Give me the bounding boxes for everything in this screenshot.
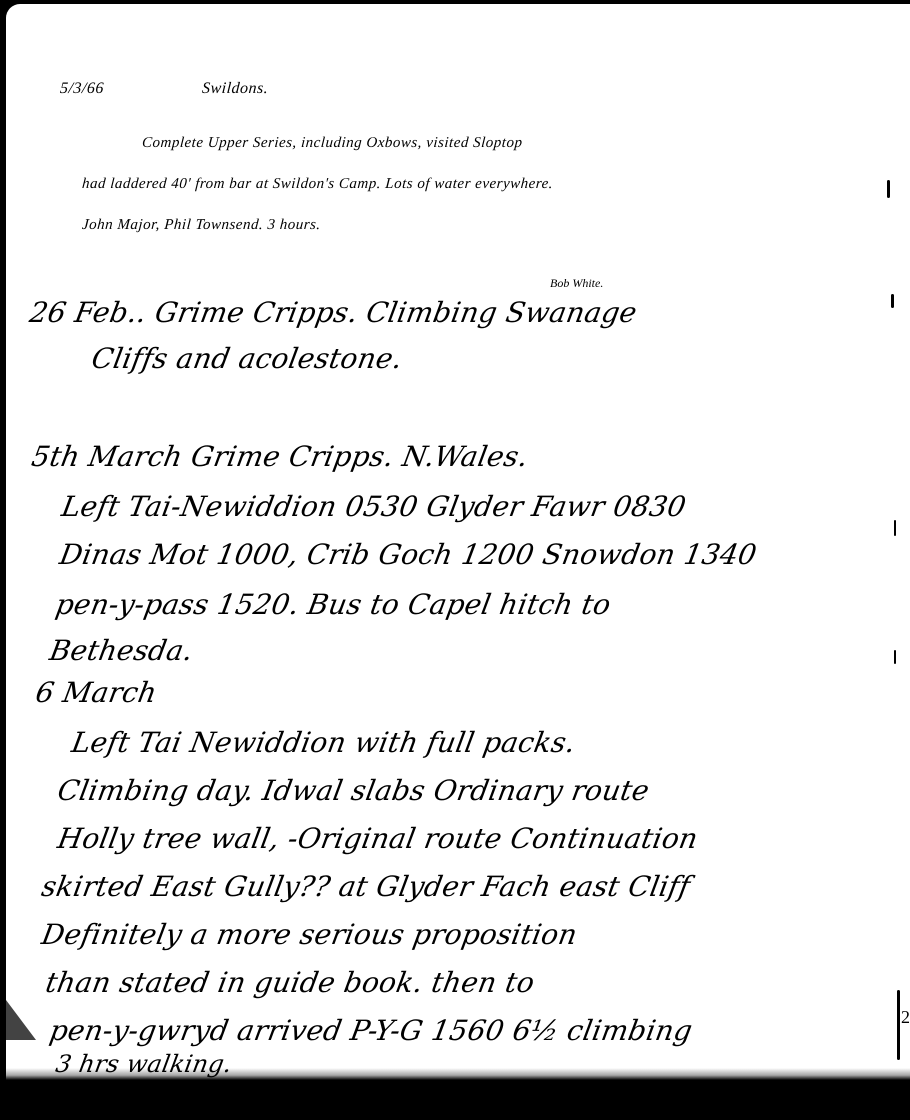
entry-4-line-1: 6 March <box>33 676 159 709</box>
entry-3-line-3: Dinas Mot 1000, Crib Goch 1200 Snowdon 1… <box>57 538 759 571</box>
entry-2-annotation: Bob White. <box>550 276 603 291</box>
margin-mark <box>891 294 894 308</box>
entry-3-line-1: 5th March Grime Cripps. N.Wales. <box>29 440 531 473</box>
diary-page: 5/3/66 Swildons. Complete Upper Series, … <box>6 4 910 1080</box>
margin-mark <box>897 990 900 1060</box>
entry-3-line-5: Bethesda. <box>47 634 196 667</box>
entry-3-line-4: pen-y-pass 1520. Bus to Capel hitch to <box>53 588 613 621</box>
entry-1-date: 5/3/66 <box>59 80 104 98</box>
entry-1-line-3: John Major, Phil Townsend. 3 hours. <box>81 217 321 234</box>
scanned-document: 5/3/66 Swildons. Complete Upper Series, … <box>0 0 910 1120</box>
entry-1-line-2: had laddered 40' from bar at Swildon's C… <box>81 176 553 193</box>
entry-4-line-2: Left Tai Newiddion with full packs. <box>69 726 578 759</box>
margin-mark <box>894 650 896 664</box>
page-corner-fold <box>6 1000 36 1040</box>
entry-1-line-1: Complete Upper Series, including Oxbows,… <box>141 135 523 152</box>
margin-mark <box>887 180 890 198</box>
entry-2-line-2: Cliffs and acolestone. <box>89 342 405 375</box>
edge-digit: 2 <box>901 1007 910 1028</box>
entry-4-line-8: pen-y-gwryd arrived P-Y-G 1560 6½ climbi… <box>47 1014 695 1047</box>
entry-4-line-6: Definitely a more serious proposition <box>39 918 580 951</box>
entry-3-line-2: Left Tai-Newiddion 0530 Glyder Fawr 0830 <box>59 490 689 523</box>
entry-4-line-7: than stated in guide book. then to <box>43 966 537 999</box>
margin-mark <box>894 520 896 536</box>
entry-4-line-5: skirted East Gully?? at Glyder Fach east… <box>39 870 693 903</box>
entry-4-line-4: Holly tree wall, -Original route Continu… <box>55 822 700 855</box>
entry-1-place: Swildons. <box>201 80 269 98</box>
entry-4-line-3: Climbing day. Idwal slabs Ordinary route <box>55 774 652 807</box>
entry-2-line-1: 26 Feb.. Grime Cripps. Climbing Swanage <box>27 296 639 329</box>
entry-4-line-9: 3 hrs walking. <box>54 1050 235 1078</box>
